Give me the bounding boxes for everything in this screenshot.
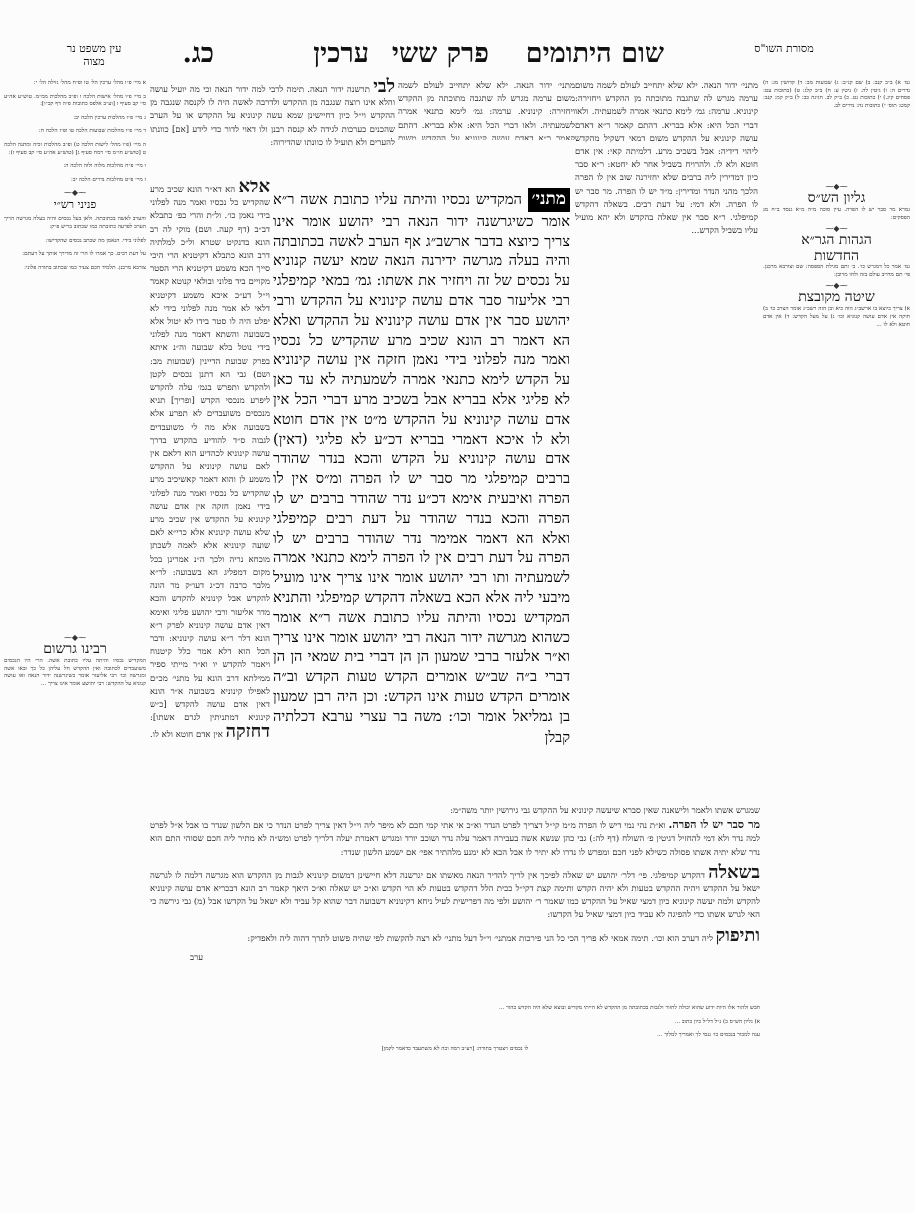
tosafot-beshela-text: דהקדש קמיפלגי. פי׳ דלר׳ יהושע יש שאלה לפ…	[150, 871, 760, 921]
gemara-main-text: מתני׳ המקדיש נכסיו והיתה עליו כתובת אשה …	[273, 188, 570, 728]
tosafot-opening-word: לבי	[373, 76, 395, 97]
tosafot-text: תרשנה ידור הנאה. תימה לרבי למה ידור הנאה…	[150, 85, 395, 148]
rabbeinu-gershom-text: המקדיש נכסיו והיתה עליו כתובת אשה. הרי ה…	[4, 658, 146, 988]
gemara-last-word: קבלן	[545, 729, 570, 746]
tosafot-second-text: הא דא״ר הונא שכיב מרע שהקדיש כל נכסיו וא…	[150, 185, 270, 723]
dibbur-hamatchil: בשאלה	[708, 862, 760, 883]
gilyon-hashas-title: גליון הש״ס	[763, 190, 910, 207]
chapter-title: שום היתומים	[526, 38, 664, 69]
tosafot-column: אלא הא דא״ר הונא שכיב מרע שהקדיש כל נכסי…	[150, 180, 270, 740]
left-margin-column: א מיי׳ פ״ו מהל׳ ערכין הל׳ טו ופ״ח מהל׳ ג…	[4, 80, 146, 278]
tosafot-vetipuk-text: ליה דערב הוא וכו׳. תימה אמאי לא פריך הכי…	[247, 934, 713, 944]
daf-number: כג.	[182, 38, 214, 69]
small-footnote: לו נכסים ויצטרך בתורה: [רע״ב רמה וכה לא …	[150, 1046, 760, 1054]
ein-mishpat-entry: ז מיי׳ פ״ט מהלכות נדרים הלכה יב:	[4, 177, 146, 185]
ein-mishpat-entry: ה מיי׳ (פ״ו מהל׳ לישות הלכה ט) ופ״ב מהלכ…	[4, 142, 146, 157]
pnei-rashi-title: פניני רש״י	[4, 196, 146, 213]
tosafot-beshela: בשאלה דהקדש קמיפלגי. פי׳ דלר׳ יהושע יש ש…	[150, 866, 760, 923]
rashi-commentary: מתני׳ ידור הנאה. ילא שלא יתחייב לעולם לש…	[575, 80, 758, 350]
dibbur-hamatchil: ותיפוק	[716, 925, 760, 946]
dibbur-hamatchil: מר סבר יש לו הפרה.	[669, 818, 760, 831]
perek-label: פרק ששי	[392, 38, 489, 69]
tosafot-third-opening: דחזקה	[226, 721, 270, 740]
ein-mishpat-entry: ג מיי׳ פ״ז מהלכות ערכין הלכה יב:	[4, 115, 146, 123]
rashi-text: מתני׳ ידור הנאה. ילא שלא יתחייב לעולם לש…	[575, 80, 758, 350]
pnei-rashi-block: והערב לאשה בכתובתה. ולאן בעל נכסים והיה …	[4, 216, 146, 272]
tosafot-bottom-block: שמגרש אשתו ולאמר ולישאנה שאין סברא שיעשה…	[150, 805, 760, 965]
hagahot-hagra-title: הגהות הגר״א	[763, 232, 910, 248]
gemara-text: המקדיש נכסיו והיתה עליו כתובת אשה ר״א או…	[273, 191, 570, 728]
tosafot-mar-savar: מר סבר יש לו הפרה. וא״ת נהי נמי דיש לו ה…	[150, 818, 760, 860]
bach-footnote: חבש ולהור אלו היות ידוע שהוא יכולה לחזור…	[150, 1005, 760, 1013]
tosafot-bottom-line: שמגרש אשתו ולאמר ולישאנה שאין סברא שיעשה…	[150, 805, 760, 818]
gemara-continuation: קבלן	[273, 728, 570, 808]
pnei-rashi-entry: לפלוני בידי. הנאמן מה שכתב נכסים שהקדישו…	[4, 238, 146, 246]
ein-mishpat-entry: א מיי׳ פ״ו מהל׳ ערכין הל׳ טו ופ״ח מהל׳ ג…	[4, 80, 146, 88]
pnei-rashi-entry: על דעת רבים. כך אמרו לו הרי זה מדירך אות…	[4, 251, 146, 259]
gra-footnotes: א) גליון הש״ס ב) נ״ל דל״ל כיון כתוב ...	[150, 1019, 760, 1027]
bottom-footnotes: ענה למכור בנכסים כו׳ ננסי לך ואמריך למלו…	[150, 1032, 760, 1040]
matnitin-label: מתני׳	[528, 188, 570, 212]
shita-mekubetzet-text: א) צריך כיוצא בו ארשב״ג הוה כיא ובן הזה …	[763, 306, 910, 966]
footnotes-section: חבש ולהור אלו היות ידוע שהוא יכולה לחזור…	[150, 1005, 760, 1059]
shita-mekubetzet-title: שיטה מקובצת	[763, 289, 910, 306]
pnei-rashi-entry: צורבא מרבנן. תלמיד חכם צעיר כמו שכתוב בת…	[4, 265, 146, 273]
ein-mishpat-entry: ב מיי׳ פ״ו מהל׳ אישות הלכה ו ופ״ב מהלכות…	[4, 94, 146, 109]
ein-mishpat-entry: ו מיי׳ פ״ח מהלכות מלוה ולוה הלכה ה:	[4, 163, 146, 171]
right-margin-column: גמ׳ א) ב״ב קנב: ב) שם קנ״ב: ג) שבועות מב…	[763, 80, 910, 966]
pnei-rashi-entry: והערב לאשה בכתובתה. ולאן בעל נכסים והיה …	[4, 216, 146, 231]
rabbeinu-gershom-section: ⁓◆⁓ רבינו גרשום המקדיש נכסיו והיתה עליו …	[4, 635, 146, 988]
rabbeinu-gershom-title: רבינו גרשום	[4, 641, 146, 658]
ein-mishpat-block: א מיי׳ פ״ו מהל׳ ערכין הל׳ טו ופ״ח מהל׳ ג…	[4, 80, 146, 184]
gilyon-hashas-text: גמרא מר סבר יש לו הפרה. עיין סוכה מ״ה מ״…	[763, 207, 910, 222]
ein-mishpat-label: עין משפט נר מצוה	[64, 42, 124, 68]
masoret-hashas-text: גמ׳ א) ב״ב קנב: ב) שם קנ״ב: ג) שבועות מב…	[763, 80, 910, 180]
masoret-hashas-label: מסורת השו"ס	[754, 42, 814, 55]
tosafot-second-opening: אלא	[238, 180, 270, 197]
tosafot-commentary: לבי תרשנה ידור הנאה. תימה לרבי למה ידור …	[150, 80, 395, 150]
catchword: ערב	[150, 952, 760, 965]
hagahot-hagra-subtitle: החדשות	[763, 248, 910, 264]
rashi-top-extension: מתני׳ ידור הנאה. ילא שלא יתחייב לעולם לש…	[398, 80, 575, 140]
ein-mishpat-entry: ד מיי׳ פ״ו מהלכות שבועות הלכה טו ופ״ז הל…	[4, 128, 146, 136]
tractate-name: ערכין	[313, 38, 369, 69]
tosafot-vetipuk: ותיפוק ליה דערב הוא וכו׳. תימה אמאי לא פ…	[150, 929, 760, 946]
hagahot-hagra-text: גמ׳ אמר כל דמגרש כו׳. כ׳ ותם מגילת הספסה…	[763, 264, 910, 279]
